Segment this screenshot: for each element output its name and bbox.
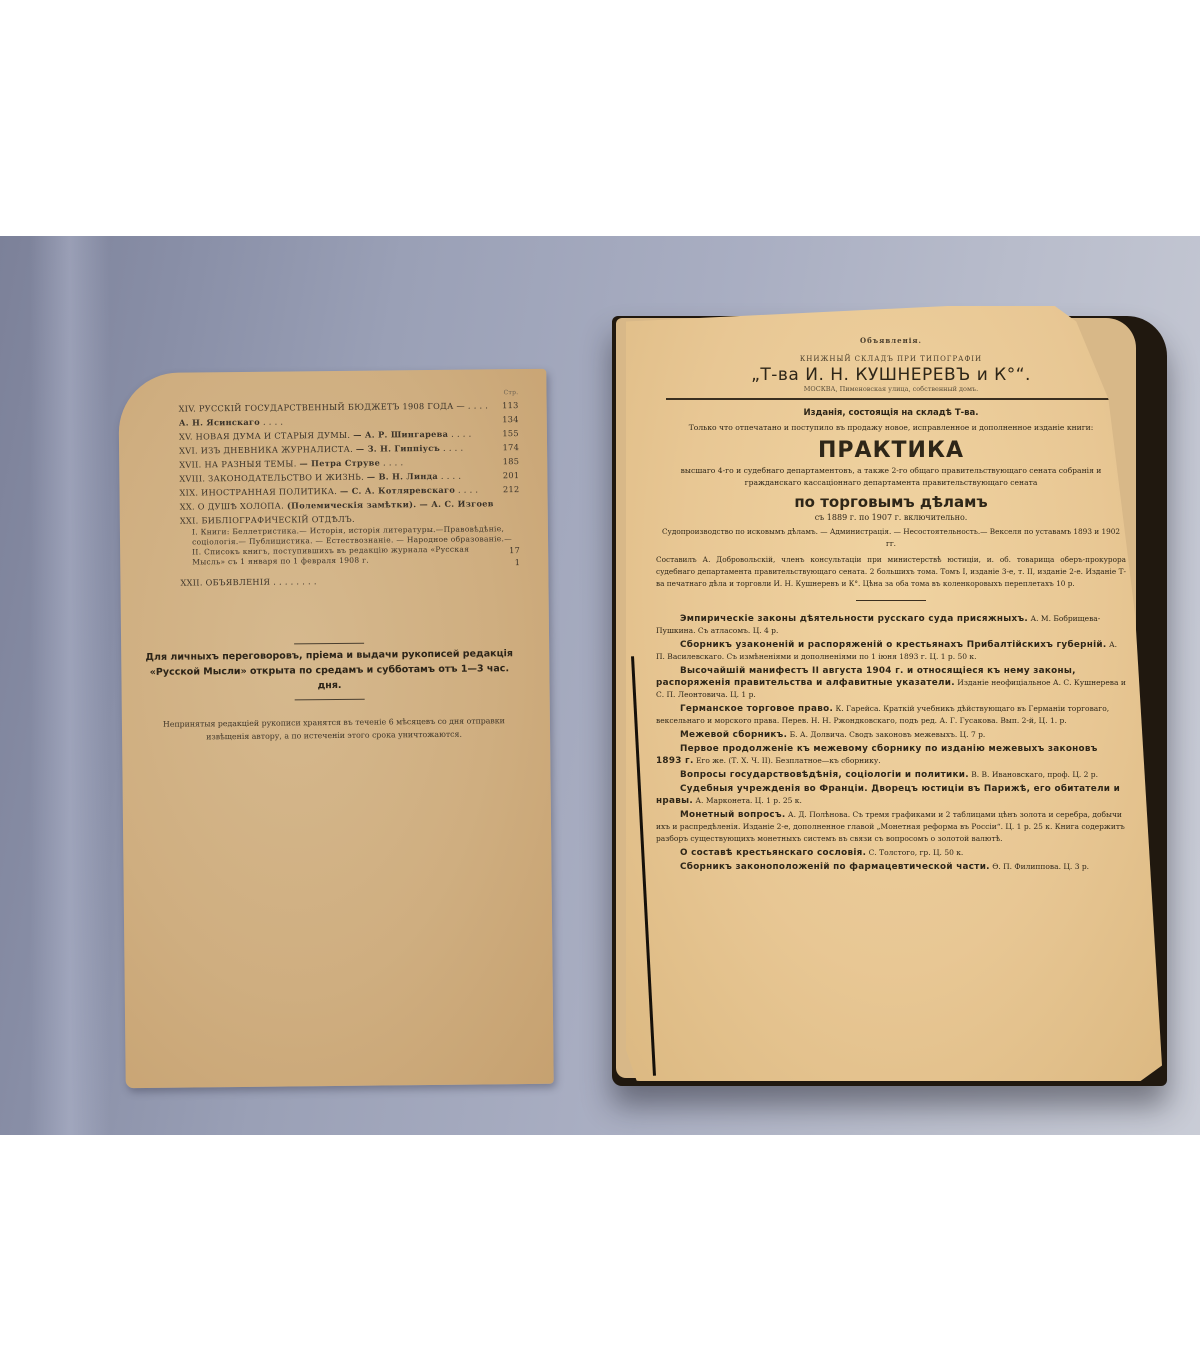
toc-page (494, 496, 520, 510)
publisher-address: МОСКВА, Пименовская улица, собственный д… (656, 385, 1126, 393)
book-compiler: Составилъ А. Добровольскій, членъ консул… (656, 554, 1126, 590)
advertisement-entry: Германское торговое право. К. Гарейса. К… (656, 703, 1126, 727)
toc-author: А. Н. Ясинскаго (179, 417, 260, 428)
toc-entry-bibliography-pages: II. Списокъ книгъ, поступившихъ въ редак… (180, 544, 520, 572)
toc-title: Изъ дневника журналиста. (201, 444, 353, 456)
toc-page: 174 (493, 440, 519, 454)
book-description: высшаго 4-го и судебнаго департаментовъ,… (656, 465, 1126, 489)
warehouse-label: Книжный складъ при типографіи (656, 355, 1126, 363)
ad-details: Его же. (Т. Х. Ч. II). Безплатное—къ сбо… (696, 756, 881, 765)
toc-num: XVII. (179, 459, 201, 469)
toc-page: 155 (493, 426, 519, 440)
office-hours-notice: Для личныхъ переговоровъ, пріема и выдач… (139, 637, 520, 706)
advertisement-entry: Сборникъ законоположеній по фармацевтиче… (656, 861, 1126, 873)
toc-text: А. Н. Ясинскаго . . . . (179, 415, 284, 430)
toc-author: — З. Н. Гиппіусъ (356, 443, 440, 454)
advertisement-entry: Первое продолженіе къ межевому сборнику … (656, 743, 1126, 767)
toc-page: 113 (493, 398, 519, 412)
toc-title: На разныя темы. (204, 458, 296, 469)
toc-author: — А. Р. Шингарева (353, 429, 448, 440)
book-topics: Судопроизводство по исковымъ дѣламъ. — А… (656, 526, 1126, 550)
toc-num: XXI. (180, 515, 199, 525)
ad-details: Ѳ. П. Филиппова. Ц. 3 р. (992, 862, 1089, 871)
toc-title: Законодательство и жизнь. (208, 472, 364, 484)
book-title: ПРАКТИКА (656, 438, 1126, 463)
toc-page: 201 (493, 468, 519, 482)
toc-author: (Полемическія замѣтки). — А. С. Изгоева (287, 498, 494, 510)
toc-page: 134 (493, 412, 519, 426)
ad-title: Эмпирическіе законы дѣятельности русскаг… (680, 614, 1028, 624)
toc-title: Библіографическій отдѣлъ. (201, 514, 355, 526)
ad-details: В. В. Ивановскаго, проф. Ц. 2 р. (971, 770, 1098, 779)
ad-title: Вопросы государствовѣдѣнія, соціологіи и… (680, 770, 969, 780)
ad-title: Сборникъ узаконеній и распоряженій о кре… (680, 640, 1107, 650)
publisher-brand: „Т-ва И. Н. КУШНЕРЕВЪ и К°“. (656, 365, 1126, 385)
subheading: Изданія, состоящія на складѣ Т-ва. (656, 408, 1126, 418)
advertisement-entry: Межевой сборникъ. Б. А. Долвича. Сводъ з… (656, 729, 1126, 741)
book-years: съ 1889 г. по 1907 г. включительно. (656, 513, 1126, 522)
toc-title: Русскій государственный бюджетъ 1908 год… (199, 401, 465, 414)
toc-num: XV. (179, 431, 193, 441)
divider (856, 600, 926, 601)
ad-details: Б. А. Долвича. Сводъ законовъ межевыхъ. … (790, 730, 986, 739)
toc-text: XVI. Изъ дневника журналиста. — З. Н. Ги… (179, 441, 463, 458)
book-subtitle: по торговымъ дѣламъ (656, 493, 1126, 511)
advertisement-entry: Монетный вопросъ. А. Д. Полѣнова. Съ тре… (656, 809, 1126, 845)
divider (666, 398, 1116, 400)
intro-text: Только что отпечатано и поступило въ про… (656, 422, 1126, 434)
bibliography-text2: II. Списокъ книгъ, поступившихъ въ редак… (180, 544, 492, 571)
photograph: Стр. XIV. Русскій государственный бюджет… (0, 236, 1200, 1135)
toc-page: 1 (515, 557, 521, 567)
toc-num: XVI. (179, 445, 198, 455)
divider (294, 643, 364, 645)
section-header: Объявленія. (656, 336, 1126, 345)
ad-details: С. Толстого, гр. Ц. 50 к. (869, 848, 964, 857)
advertisement-entry: Вопросы государствовѣдѣнія, соціологіи и… (656, 769, 1126, 781)
ad-title: Германское торговое право. (680, 704, 833, 714)
toc-title: Новая Дума и старыя думы. (196, 430, 351, 442)
left-page: Стр. XIV. Русскій государственный бюджет… (118, 369, 553, 1088)
advertisement-entry: О составѣ крестьянскаго сословія. С. Тол… (656, 847, 1126, 859)
toc-num: XX. (180, 501, 195, 511)
advertisement-entry: Сборникъ узаконеній и распоряженій о кре… (656, 639, 1126, 663)
ad-title: Сборникъ законоположеній по фармацевтиче… (680, 862, 990, 872)
toc-author: — С. А. Котляревскаго (340, 485, 455, 496)
divider (295, 699, 365, 701)
advertisement-entry: Судебныя учрежденія во Франціи. Дворецъ … (656, 783, 1126, 807)
toc-author: — В. Н. Линда (367, 471, 438, 482)
toc-entry-announcements: XXII. Объявленія . . . . . . . . (180, 572, 520, 590)
toc-title: Иностранная политика. (201, 486, 337, 497)
right-page: Объявленія. Книжный складъ при типографі… (626, 306, 1162, 1081)
office-hours-text: Для личныхъ переговоровъ, пріема и выдач… (145, 648, 513, 691)
advertisement-entry: Высочайшій манифестъ II августа 1904 г. … (656, 665, 1126, 701)
toc-page: 17 (509, 545, 520, 555)
toc-num: XVIII. (179, 473, 205, 483)
ad-title: Межевой сборникъ. (680, 730, 787, 740)
toc-num: XXII. (180, 577, 202, 587)
toc-num: XIX. (179, 487, 198, 497)
ad-title: О составѣ крестьянскаго сословія. (680, 848, 866, 858)
toc-title: О душѣ холопа. (198, 501, 284, 512)
manuscripts-notice: Непринятыя редакціей рукописи хранятся в… (144, 714, 524, 744)
toc-num: XIV. (179, 403, 196, 413)
table-of-contents: Стр. XIV. Русскій государственный бюджет… (178, 389, 520, 590)
ad-title: Монетный вопросъ. (680, 810, 786, 820)
advertisement-list: Эмпирическіе законы дѣятельности русскаг… (656, 613, 1126, 873)
toc-page: 212 (493, 482, 519, 496)
toc-author: — Петра Струве (299, 458, 380, 469)
ad-details: А. Марконета. Ц. 1 р. 25 к. (695, 796, 801, 805)
toc-title: Объявленія (206, 577, 271, 588)
toc-page: 185 (493, 454, 519, 468)
advertisement-entry: Эмпирическіе законы дѣятельности русскаг… (656, 613, 1126, 637)
